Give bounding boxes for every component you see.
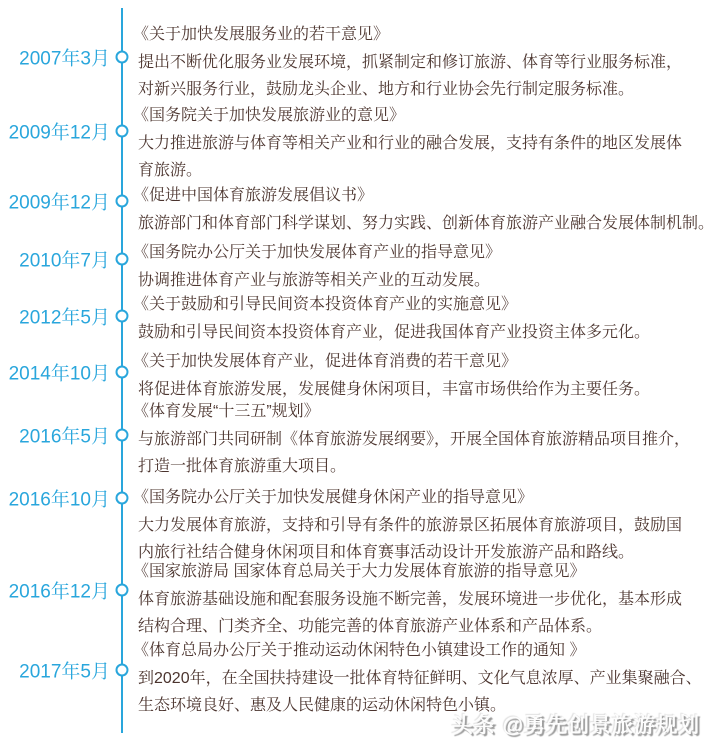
entry-body-line: 与旅游部门共同研制《体育旅游发展纲要》，开展全国体育旅游精品项目推介， — [138, 426, 706, 454]
entry-date: 2017年5月 — [0, 657, 110, 684]
entry-content: 《国务院关于加快发展旅游业的意见》 大力推进旅游与体育等相关产业和行业的融合发展… — [133, 102, 706, 185]
entry-body-line: 育旅游。 — [138, 157, 706, 185]
policy-timeline: 2007年3月 《关于加快发展服务业的若干意见》 提出不断优化服务业发展环境，抓… — [0, 0, 706, 747]
entry-date: 2012年5月 — [0, 303, 110, 330]
entry-title: 《国务院关于加快发展旅游业的意见》 — [133, 102, 706, 130]
entry-content: 《体育总局办公厅关于推动运动休闲特色小镇建设工作的通知 》 到2020年，在全国… — [133, 637, 706, 720]
entry-body-line: 鼓励和引导民间资本投资体育产业，促进我国体育产业投资主体多元化。 — [138, 319, 706, 347]
entry-content: 《关于鼓励和引导民间资本投资体育产业的实施意见》 鼓励和引导民间资本投资体育产业… — [133, 291, 706, 346]
entry-content: 《国务院办公厅关于加快发展健身休闲产业的指导意见》 大力发展体育旅游，支持和引导… — [133, 484, 706, 567]
entry-content: 《关于加快发展服务业的若干意见》 提出不断优化服务业发展环境，抓紧制定和修订旅游… — [133, 21, 706, 104]
entry-title: 《关于加快发展服务业的若干意见》 — [133, 21, 706, 49]
entry-content: 《体育发展“十三五”规划》 与旅游部门共同研制《体育旅游发展纲要》，开展全国体育… — [133, 398, 706, 481]
entry-title: 《促进中国体育旅游发展倡议书》 — [133, 182, 706, 210]
entry-body-line: 旅游部门和体育部门科学谋划、努力实践、创新体育旅游产业融合发展体制机制。 — [138, 210, 706, 238]
entry-body-line: 体育旅游基础设施和配套服务设施不断完善，发展环境进一步优化，基本形成 — [138, 586, 706, 614]
entry-content: 《国务院办公厅关于加快发展体育产业的指导意见》 协调推进体育产业与旅游等相关产业… — [133, 239, 706, 294]
entry-date: 2016年5月 — [0, 422, 110, 449]
entry-content: 《促进中国体育旅游发展倡议书》 旅游部门和体育部门科学谋划、努力实践、创新体育旅… — [133, 182, 706, 237]
entry-title: 《关于鼓励和引导民间资本投资体育产业的实施意见》 — [133, 291, 706, 319]
entry-date: 2010年7月 — [0, 246, 110, 273]
entry-date: 2009年12月 — [0, 118, 110, 145]
entry-title: 《国家旅游局 国家体育总局关于大力发展体育旅游的指导意见》 — [133, 558, 706, 586]
entry-title: 《体育发展“十三五”规划》 — [133, 398, 706, 426]
entry-date: 2016年10月 — [0, 485, 110, 512]
entry-body-line: 对新兴服务行业，鼓励龙头企业、地方和行业协会先行制定服务标准。 — [138, 76, 706, 104]
entry-body-line: 打造一批体育旅游重大项目。 — [138, 453, 706, 481]
entry-title: 《关于加快发展体育产业，促进体育消费的若干意见》 — [133, 348, 706, 376]
timeline-dot — [116, 253, 129, 266]
timeline-dot — [116, 310, 129, 323]
timeline-dot — [116, 195, 129, 208]
timeline-dot — [116, 125, 129, 138]
entry-body-line: 协调推进体育产业与旅游等相关产业的互动发展。 — [138, 267, 706, 295]
timeline-dot — [116, 664, 129, 677]
entry-title: 《国务院办公厅关于加快发展体育产业的指导意见》 — [133, 239, 706, 267]
entry-content: 《国家旅游局 国家体育总局关于大力发展体育旅游的指导意见》 体育旅游基础设施和配… — [133, 558, 706, 641]
entry-body-line: 大力推进旅游与体育等相关产业和行业的融合发展，支持有条件的地区发展体 — [138, 130, 706, 158]
timeline-dot — [116, 584, 129, 597]
timeline-dot — [116, 51, 129, 64]
entry-body-line: 大力发展体育旅游，支持和引导有条件的旅游景区拓展体育旅游项目，鼓励国 — [138, 512, 706, 540]
entry-title: 《国务院办公厅关于加快发展健身休闲产业的指导意见》 — [133, 484, 706, 512]
entry-body-line: 提出不断优化服务业发展环境，抓紧制定和修订旅游、体育等行业服务标准， — [138, 49, 706, 77]
timeline-dot — [116, 429, 129, 442]
entry-date: 2009年12月 — [0, 188, 110, 215]
entry-date: 2007年3月 — [0, 44, 110, 71]
entry-body-line: 到2020年，在全国扶持建设一批体育特征鲜明、文化气息浓厚、产业集聚融合、 — [138, 665, 706, 693]
entry-date: 2014年10月 — [0, 359, 110, 386]
timeline-dot — [116, 366, 129, 379]
watermark-text: 头条 @勇先创景旅游规划 — [452, 709, 700, 739]
entry-content: 《关于加快发展体育产业，促进体育消费的若干意见》 将促进体育旅游发展，发展健身休… — [133, 348, 706, 403]
entry-date: 2016年12月 — [0, 577, 110, 604]
timeline-dot — [116, 492, 129, 505]
entry-title: 《体育总局办公厅关于推动运动休闲特色小镇建设工作的通知 》 — [133, 637, 706, 665]
